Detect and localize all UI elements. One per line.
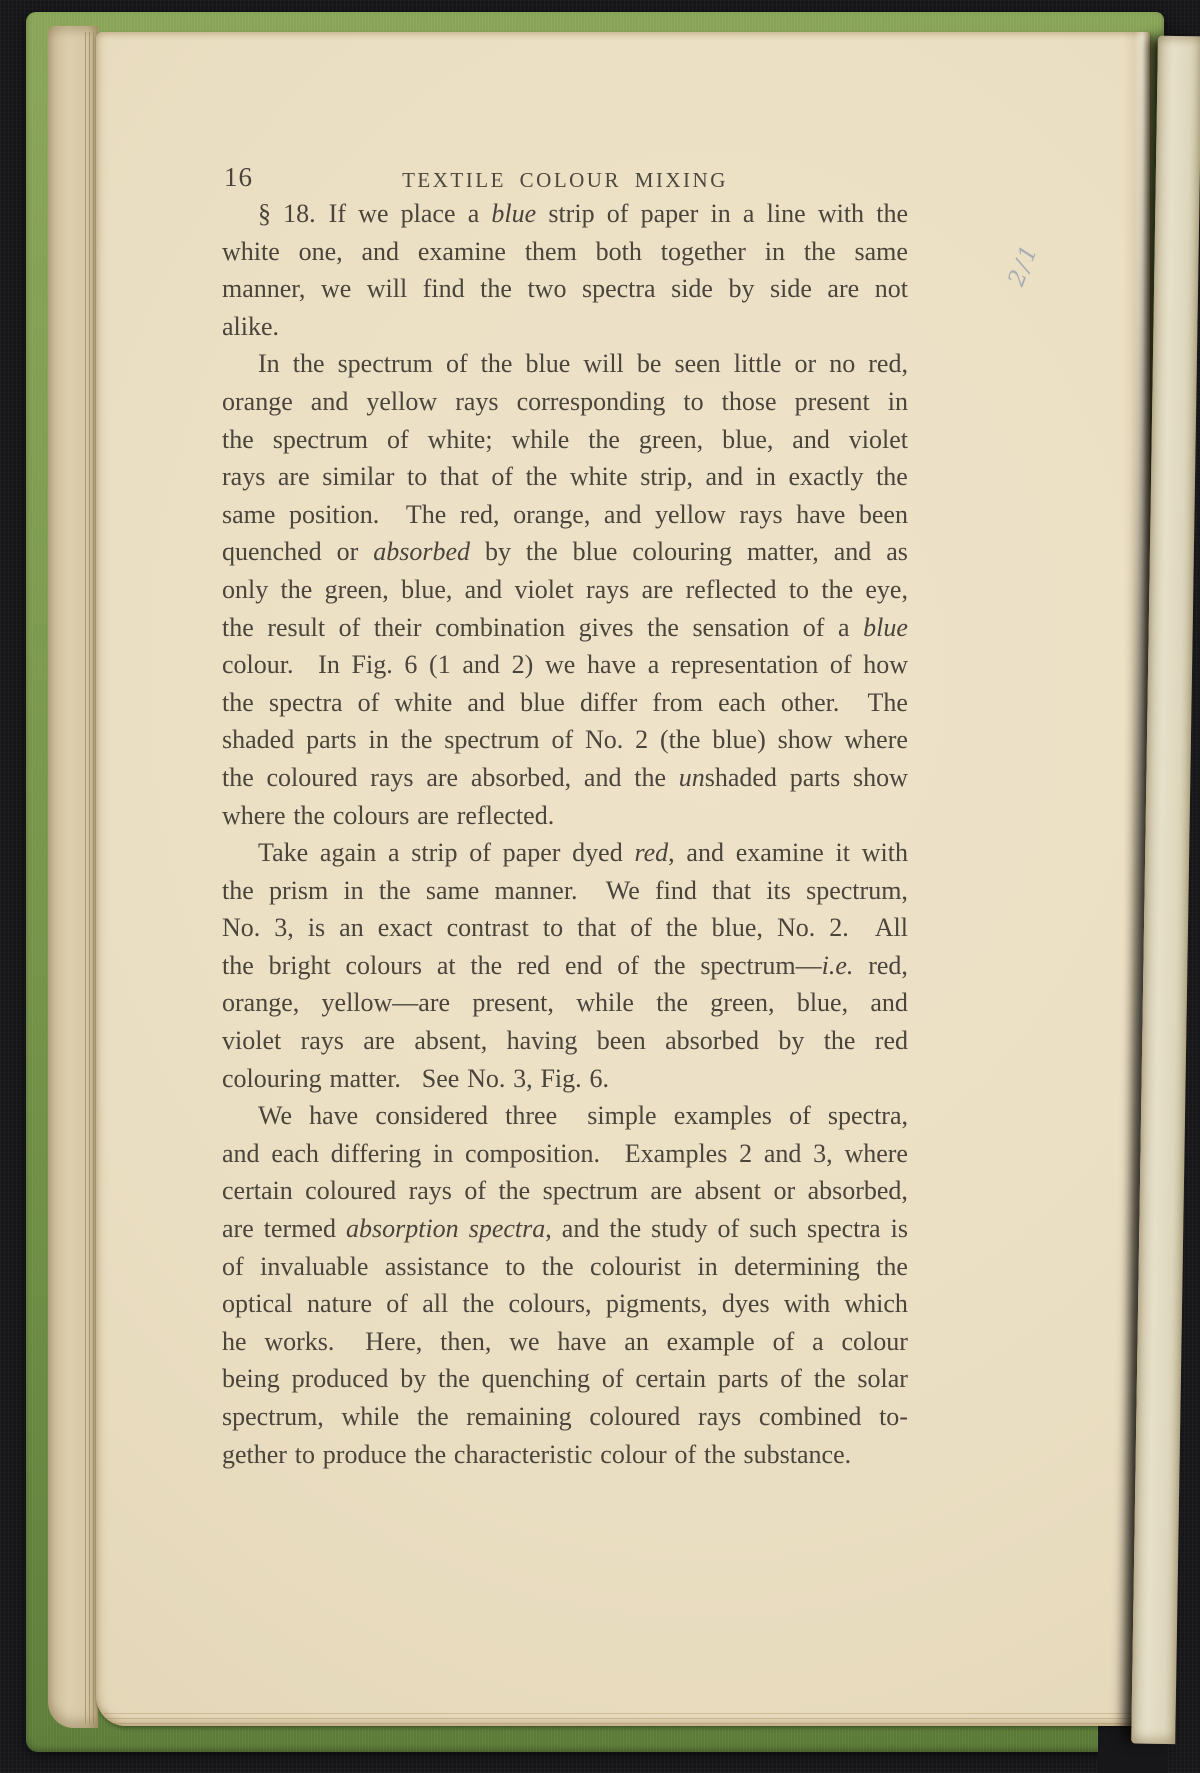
text-line: quenchedorabsorbedbythebluecolouringmatt… [222,533,908,571]
text-line: Wehaveconsideredthree simpleexamplesofsp… [222,1097,908,1135]
text-line: aretermedabsorptionspectra,andthestudyof… [222,1210,908,1248]
text-line: andeachdifferingincomposition. Examples2… [222,1135,908,1173]
text-line: colouringmatter. SeeNo.3,Fig.6. [222,1060,908,1098]
text-line: sameposition. Thered,orange,andyellowray… [222,496,908,534]
text-line: shadedpartsinthespectrumofNo.2(theblue)s… [222,721,908,759]
text-line: alike. [222,308,908,346]
text-line: orangeandyellowrayscorrespondingtothosep… [222,383,908,421]
text-line: No.3,isanexactcontrasttothatoftheblue,No… [222,909,908,947]
running-header: TEXTILE COLOUR MIXING [222,168,908,193]
text-line: spectrum,whiletheremainingcolouredraysco… [222,1398,908,1436]
text-line: theprisminthesamemanner. Wefindthatitssp… [222,872,908,910]
text-line: orange,yellow—arepresent,whilethegreen,b… [222,984,908,1022]
text-line: gethertoproducethecharacteristiccolourof… [222,1436,908,1474]
text-line: heworks. Here,then,wehaveanexampleofacol… [222,1323,908,1361]
text-line: certaincolouredraysofthespectrumareabsen… [222,1172,908,1210]
text-line: Takeagainastripofpaperdyedred,andexamine… [222,834,908,872]
text-line: colour. InFig.6(1and2)wehavearepresentat… [222,646,908,684]
text-line: onlythegreen,blue,andvioletraysarereflec… [222,571,908,609]
photo-background: 16 TEXTILE COLOUR MIXING §18. Ifweplacea… [0,0,1200,1773]
text-line: raysaresimilartothatofthewhitestrip,andi… [222,458,908,496]
text-line: thecolouredraysareabsorbed,andtheunshade… [222,759,908,797]
text-line: thebrightcoloursattheredendofthespectrum… [222,947,908,985]
body-text: §18. Ifweplaceabluestripofpaperinalinewi… [222,195,908,1473]
text-line: wherethecoloursarereflected. [222,797,908,835]
text-line: beingproducedbythequenchingofcertainpart… [222,1360,908,1398]
text-line: §18. Ifweplaceabluestripofpaperinalinewi… [222,195,908,233]
text-line: theresultoftheircombinationgivesthesensa… [222,609,908,647]
text-line: Inthespectrumofthebluewillbeseenlittleor… [222,345,908,383]
text-line: thespectrumofwhite;whilethegreen,blue,an… [222,421,908,459]
book-page: 16 TEXTILE COLOUR MIXING §18. Ifweplacea… [96,32,1150,1726]
text-line: opticalnatureofallthecolours,pigments,dy… [222,1285,908,1323]
text-line: thespectraofwhiteandbluedifferfromeachot… [222,684,908,722]
text-line: ofinvaluableassistancetothecolouristinde… [222,1248,908,1286]
text-line: manner,wewillfindthetwospectrasidebyside… [222,270,908,308]
text-line: whiteone,andexaminethembothtogetherinthe… [222,233,908,271]
text-line: violetraysareabsent,havingbeenabsorbedby… [222,1022,908,1060]
running-head: 16 TEXTILE COLOUR MIXING [222,162,908,196]
page-stack-left [48,26,98,1728]
